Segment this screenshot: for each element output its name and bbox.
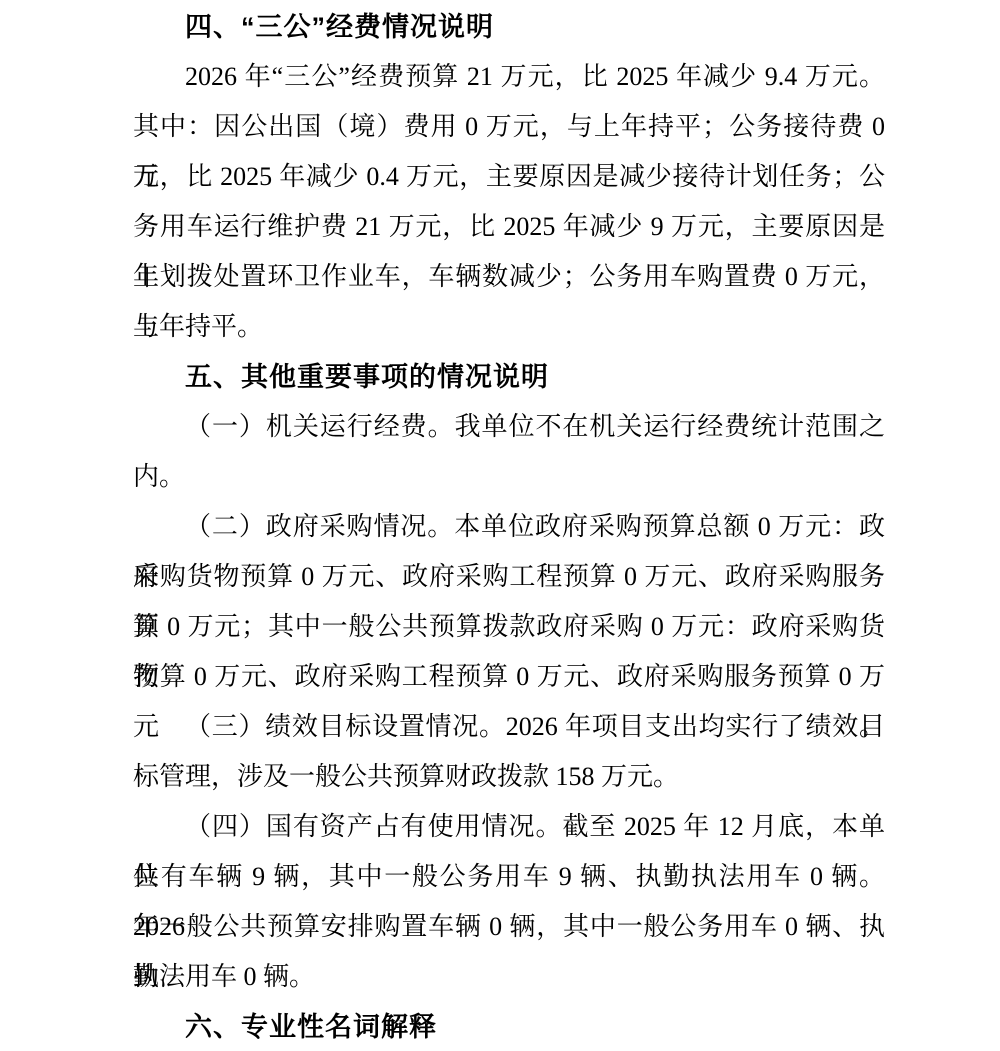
- section-heading-other-matters: 五、其他重要事项的情况说明: [133, 352, 885, 402]
- section-heading-terminology: 六、专业性名词解释: [133, 1002, 885, 1051]
- paragraph-sangong-detail: 2026 年“三公”经费预算 21 万元，比 2025 年减少 9.4 万元。 …: [133, 52, 885, 352]
- subpara-government-procurement: （二）政府采购情况。本单位政府采购预算总额 0 万元：政府 采购货物预算 0 万…: [133, 502, 885, 702]
- paragraph-line: （三）绩效目标设置情况。2026 年项目支出均实行了绩效目: [133, 702, 885, 752]
- paragraph-line: 标管理，涉及一般公共预算财政拨款 158 万元。: [133, 752, 885, 802]
- paragraph-line: 务用车运行维护费 21 万元，比 2025 年减少 9 万元，主要原因是上: [133, 202, 885, 252]
- paragraph-line: 元，比 2025 年减少 0.4 万元，主要原因是减少接待计划任务；公: [133, 152, 885, 202]
- paragraph-line: 其中：因公出国（境）费用 0 万元，与上年持平；公务接待费 0 万: [133, 102, 885, 152]
- subpara-performance-targets: （三）绩效目标设置情况。2026 年项目支出均实行了绩效目 标管理，涉及一般公共…: [133, 702, 885, 802]
- paragraph-line: 2026 年“三公”经费预算 21 万元，比 2025 年减少 9.4 万元。: [133, 52, 885, 102]
- paragraph-line: 内。: [133, 452, 885, 502]
- paragraph-line: 算 0 万元；其中一般公共预算拨款政府采购 0 万元：政府采购货物: [133, 602, 885, 652]
- subheading-lead: （三）绩效目标设置情况。: [185, 712, 506, 741]
- section-heading-sangong: 四、“三公”经费情况说明: [133, 2, 885, 52]
- subpara-agency-operating-funds: （一）机关运行经费。我单位不在机关运行经费统计范围之 内。: [133, 402, 885, 502]
- paragraph-line: 年一般公共预算安排购置车辆 0 辆，其中一般公务用车 0 辆、执勤: [133, 902, 885, 952]
- document-page: 四、“三公”经费情况说明 2026 年“三公”经费预算 21 万元，比 2025…: [0, 0, 1000, 1051]
- paragraph-text: 2026 年项目支出均实行了绩效目: [506, 712, 885, 741]
- paragraph-line: （二）政府采购情况。本单位政府采购预算总额 0 万元：政府: [133, 502, 885, 552]
- paragraph-line: 执法用车 0 辆。: [133, 952, 885, 1002]
- subheading-lead: （四）国有资产占有使用情况。: [185, 812, 562, 841]
- document-content: 四、“三公”经费情况说明 2026 年“三公”经费预算 21 万元，比 2025…: [133, 0, 885, 1051]
- paragraph-line: 采购货物预算 0 万元、政府采购工程预算 0 万元、政府采购服务预: [133, 552, 885, 602]
- paragraph-line: （一）机关运行经费。我单位不在机关运行经费统计范围之: [133, 402, 885, 452]
- subheading-lead: （二）政府采购情况。: [185, 512, 454, 541]
- paragraph-line: 共有车辆 9 辆，其中一般公务用车 9 辆、执勤执法用车 0 辆。2026: [133, 852, 885, 902]
- subheading-lead: （一）机关运行经费。: [185, 412, 455, 441]
- paragraph-line: 预算 0 万元、政府采购工程预算 0 万元、政府采购服务预算 0 万元。: [133, 652, 885, 702]
- paragraph-text: 我单位不在机关运行经费统计范围之: [455, 412, 885, 441]
- subpara-state-owned-assets: （四）国有资产占有使用情况。截至 2025 年 12 月底，本单位 共有车辆 9…: [133, 802, 885, 1002]
- paragraph-line: 上年持平。: [133, 302, 885, 352]
- paragraph-line: 年划拨处置环卫作业车，车辆数减少；公务用车购置费 0 万元，与: [133, 252, 885, 302]
- paragraph-line: （四）国有资产占有使用情况。截至 2025 年 12 月底，本单位: [133, 802, 885, 852]
